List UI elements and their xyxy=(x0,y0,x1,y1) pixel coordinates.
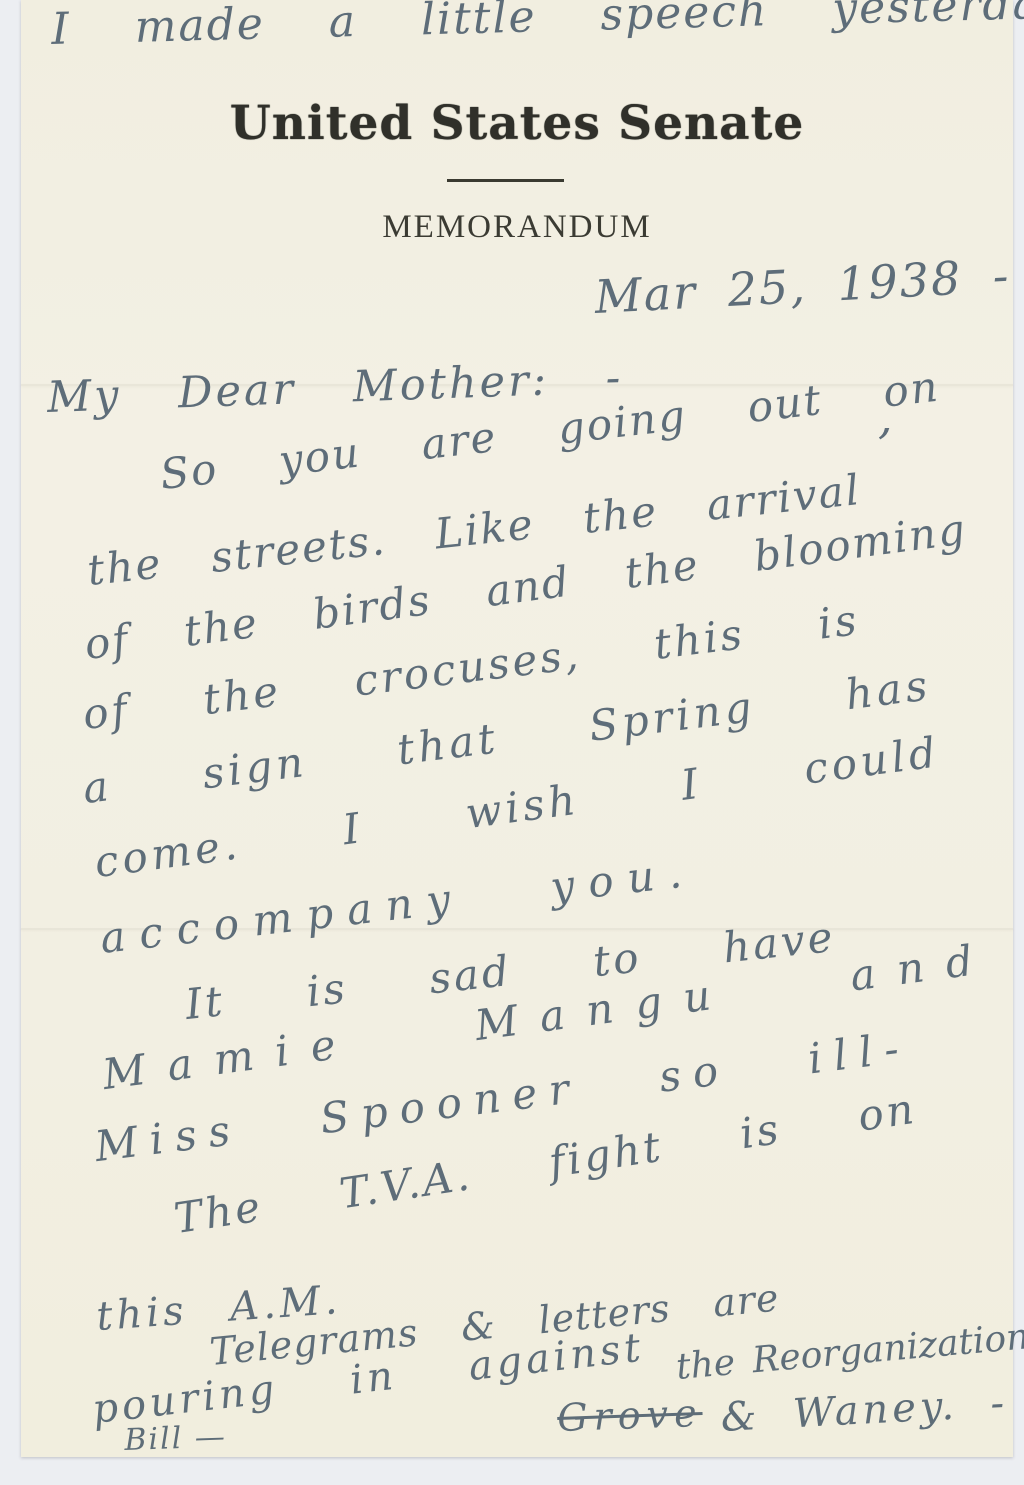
scanned-letter-page: I made a little speech yesterday United … xyxy=(0,0,1024,1485)
letterhead-title: United States Senate xyxy=(21,96,1013,151)
memorandum-label: MEMORANDUM xyxy=(21,209,1013,246)
letterhead-divider xyxy=(447,179,564,182)
struck-through-word: Grove xyxy=(557,1393,704,1440)
handwriting-line: Bill — xyxy=(124,1420,227,1457)
